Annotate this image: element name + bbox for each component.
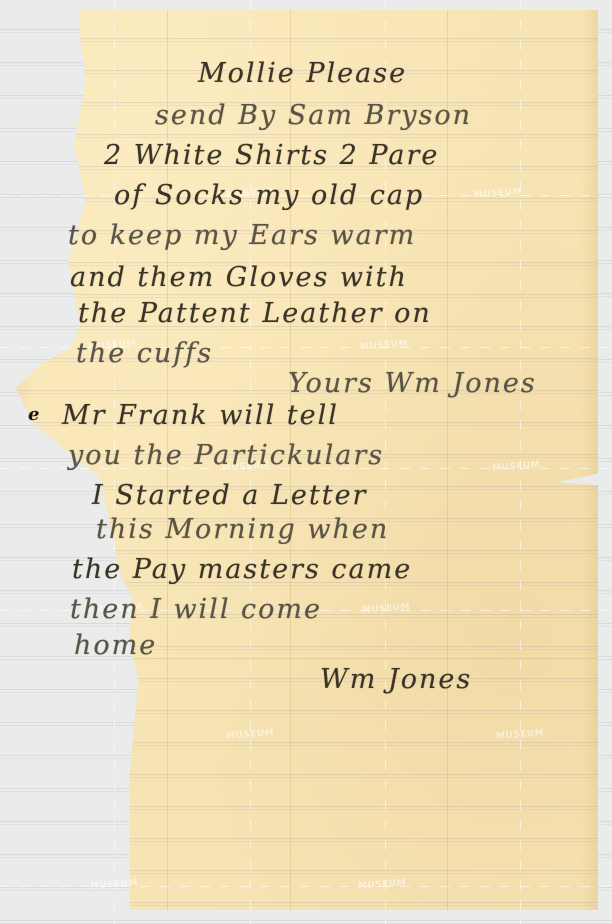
museum-watermark: MUSEUM	[90, 878, 135, 891]
letter-line: this Morning when	[96, 514, 389, 545]
stray-ink-mark: e	[28, 404, 39, 425]
letter-line: and them Gloves with	[70, 262, 408, 293]
letter-line-salutation: Mollie Please	[198, 58, 407, 89]
letter-line: the cuffs	[76, 338, 213, 369]
letter-line-postscript: Mr Frank will tell	[62, 400, 339, 431]
letter-line: of Socks my old cap	[114, 180, 424, 211]
letter-line: the Pay masters came	[72, 554, 412, 585]
letter-line: 2 White Shirts 2 Pare	[104, 140, 439, 171]
letter-line: I Started a Letter	[92, 480, 367, 511]
letter-line: send By Sam Bryson	[155, 100, 472, 131]
letter-signature: Wm Jones	[320, 664, 472, 695]
letter-line: the Pattent Leather on	[78, 298, 432, 329]
fold-crease	[447, 10, 448, 910]
letter-line: home	[74, 630, 157, 661]
letter-line: to keep my Ears warm	[68, 220, 416, 251]
letter-line-closing: Yours Wm Jones	[288, 368, 537, 399]
watermark-guide	[385, 0, 386, 924]
letter-line: then I will come	[70, 594, 322, 625]
letter-line: you the Partickulars	[68, 440, 384, 471]
